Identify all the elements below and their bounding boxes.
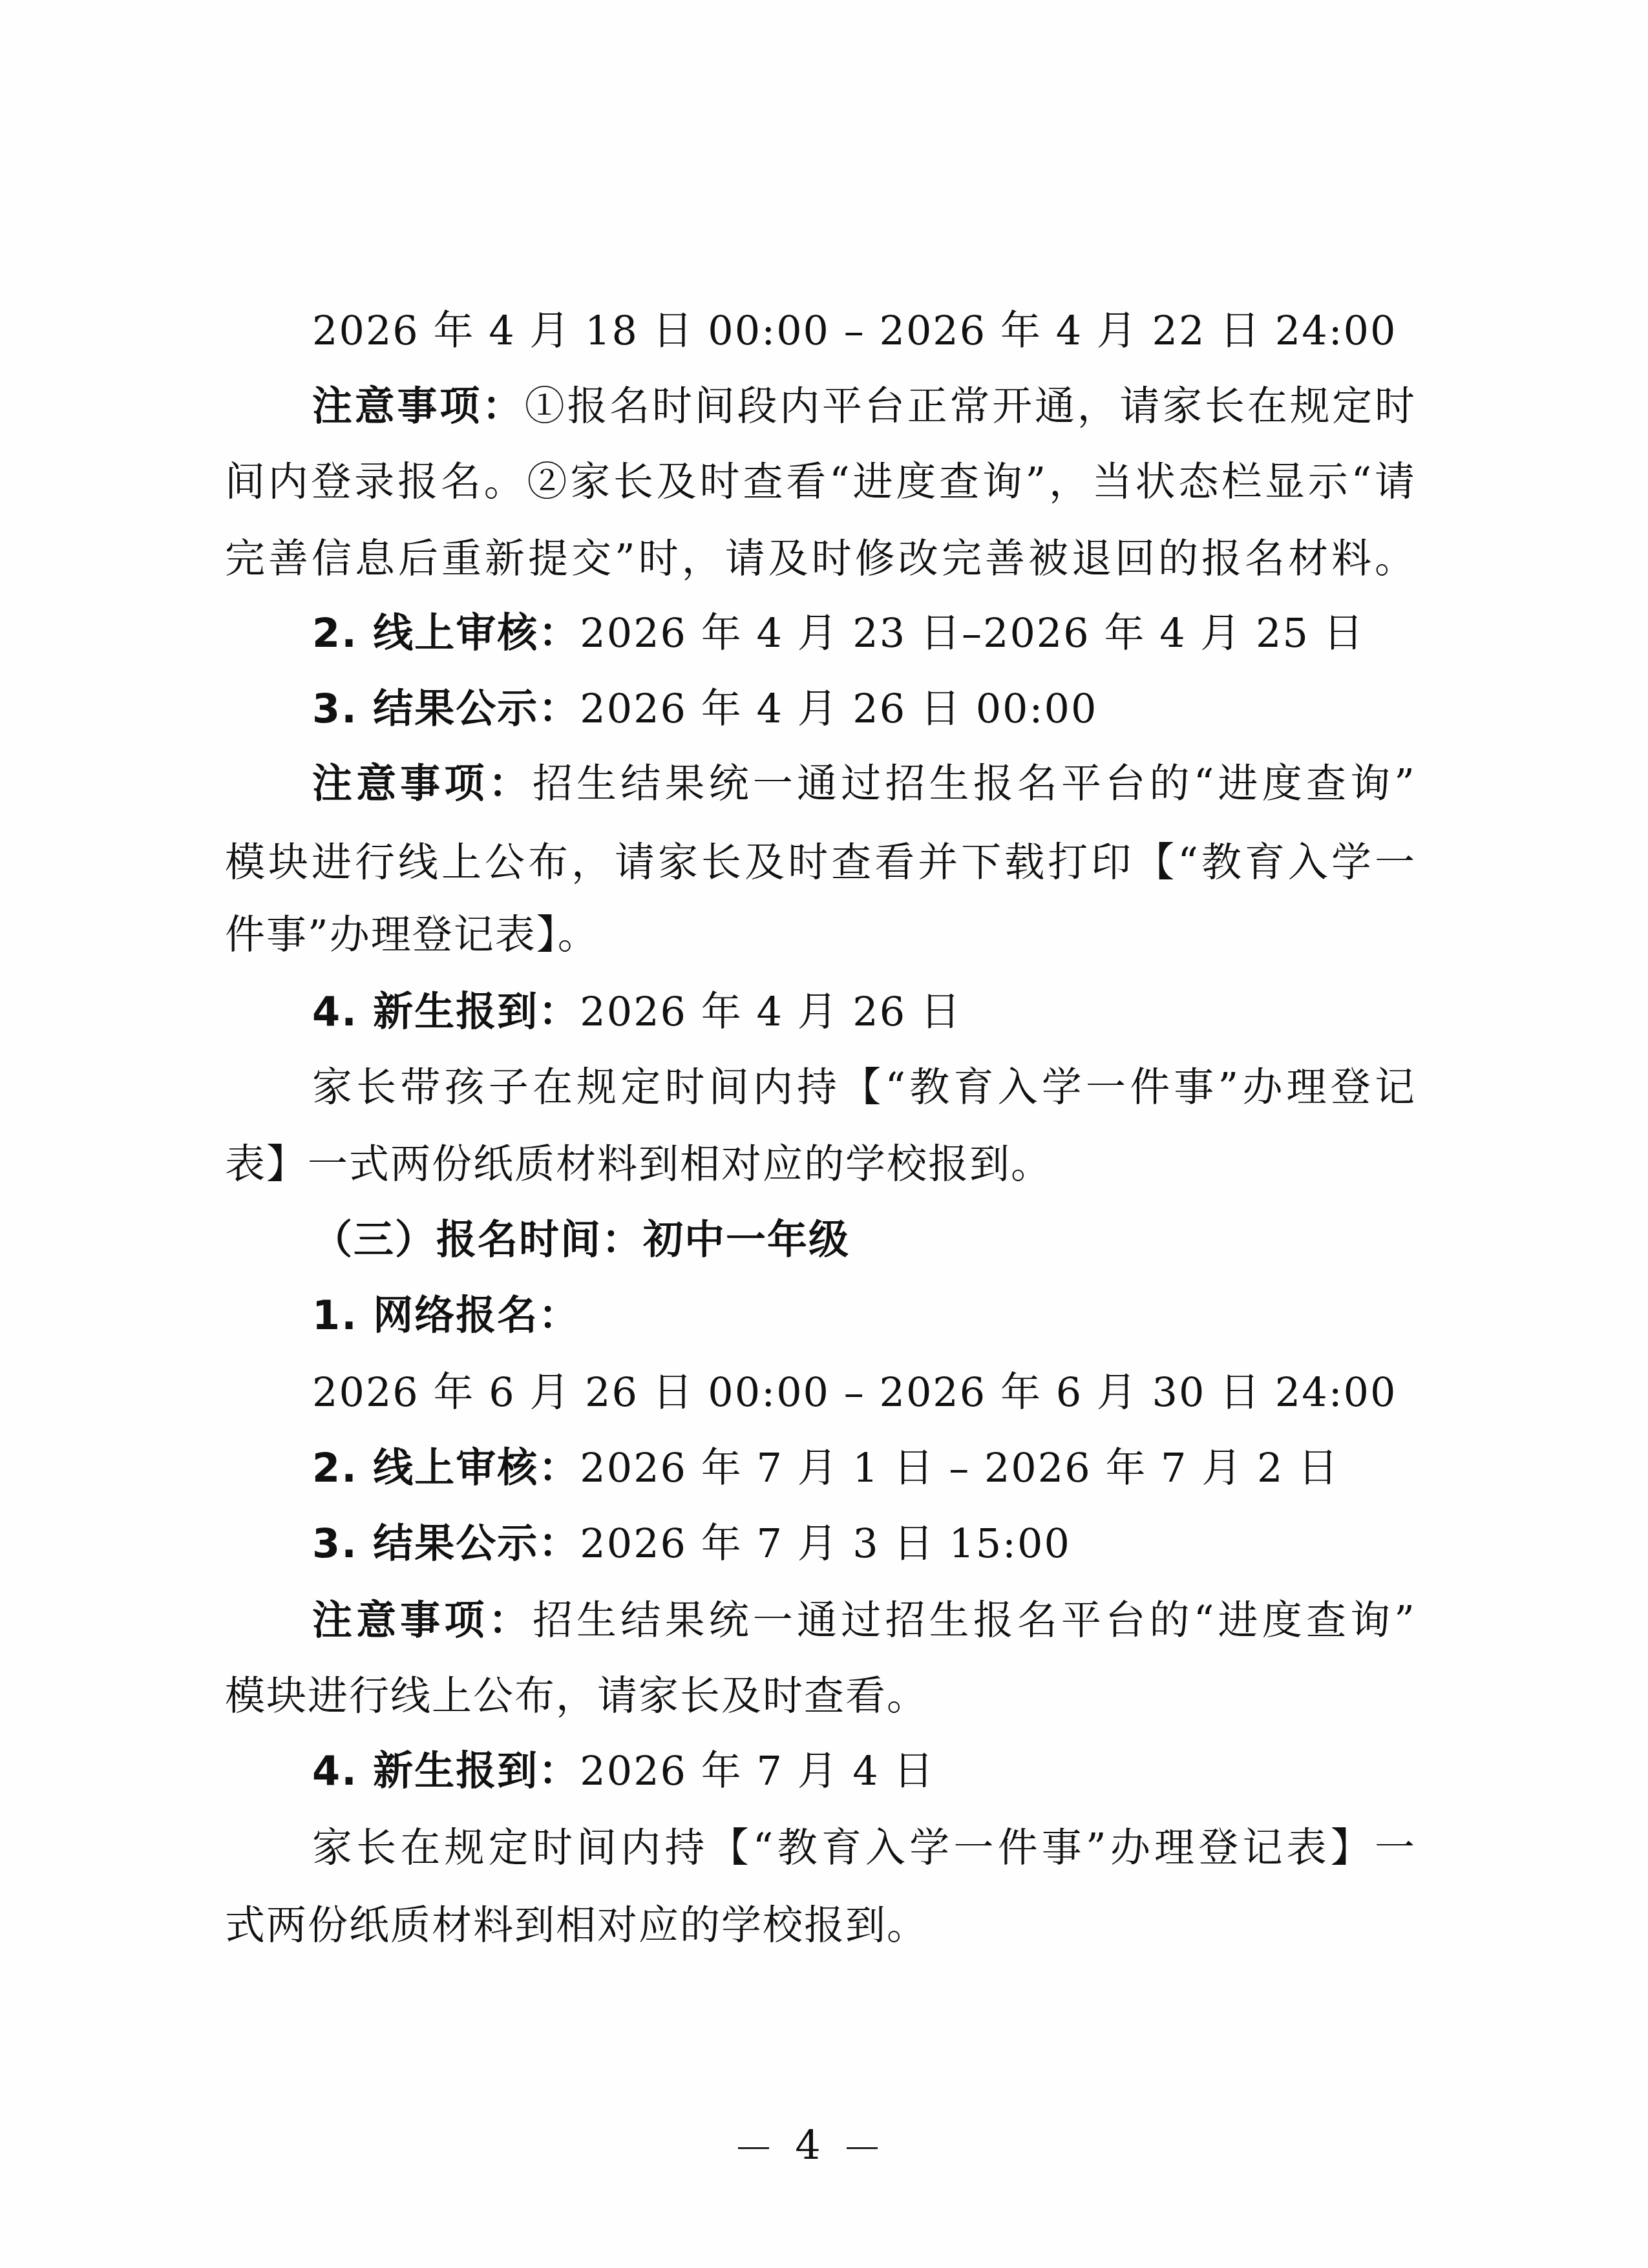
line-text: 2026 年 7 月 4 日 <box>580 1747 935 1794</box>
line-text: 2026 年 7 月 3 日 15:00 <box>580 1520 1071 1567</box>
line-text: 模块进行线上公布，请家长及时查看。 <box>225 1672 928 1719</box>
line-text: 家长带孩子在规定时间内持【“教育入学一件事”办理登记 <box>312 1064 1416 1111</box>
enrollment-report-junior: 4. 新生报到：2026 年 7 月 4 日 <box>312 1739 1416 1803</box>
notice-primary-line-3: 完善信息后重新提交”时，请及时修改完善被退回的报名材料。 <box>225 527 1416 591</box>
notice-result-primary-line-2: 模块进行线上公布，请家长及时查看并下载打印【“教育入学一 <box>225 830 1416 895</box>
notice-primary-line-2: 间内登录报名。②家长及时查看“进度查询”，当状态栏显示“请 <box>225 450 1416 514</box>
line-text: 招生结果统一通过招生报名平台的“进度查询” <box>533 760 1416 807</box>
section-heading-junior-high: （三）报名时间：初中一年级 <box>312 1208 1416 1272</box>
notice-result-junior-line-1: 注意事项：招生结果统一通过招生报名平台的“进度查询” <box>312 1588 1416 1653</box>
online-review-junior: 2. 线上审核：2026 年 7 月 1 日 – 2026 年 7 月 2 日 <box>312 1436 1416 1500</box>
report-instruction-junior-line-2: 式两份纸质材料到相对应的学校报到。 <box>225 1893 1416 1958</box>
dash-left <box>738 2147 769 2149</box>
line-text: 表】一式两份纸质材料到相对应的学校报到。 <box>225 1140 1052 1188</box>
line-label: 注意事项： <box>312 760 533 807</box>
line-label: 3. 结果公示： <box>312 685 580 732</box>
enrollment-report-primary: 4. 新生报到：2026 年 4 月 26 日 <box>312 980 1416 1044</box>
line-text: 间内登录报名。②家长及时查看“进度查询”，当状态栏显示“请 <box>225 458 1416 505</box>
line-label: 注意事项： <box>312 1597 533 1644</box>
line-text: 2026 年 6 月 26 日 00:00 – 2026 年 6 月 30 日 … <box>312 1369 1397 1416</box>
page-number: 4 <box>711 2113 905 2178</box>
line-text: 家长在规定时间内持【“教育入学一件事”办理登记表】一 <box>312 1824 1416 1871</box>
line-label: 2. 线上审核： <box>312 1444 580 1491</box>
line-text: 2026 年 7 月 1 日 – 2026 年 7 月 2 日 <box>580 1444 1339 1491</box>
notice-primary-line-1: 注意事项：①报名时间段内平台正常开通，请家长在规定时 <box>312 374 1416 439</box>
line-label: 4. 新生报到： <box>312 988 580 1035</box>
line-text: 2026 年 4 月 26 日 00:00 <box>580 685 1097 732</box>
line-text: 完善信息后重新提交”时，请及时修改完善被退回的报名材料。 <box>225 535 1416 582</box>
line-text: 2026 年 4 月 18 日 00:00 – 2026 年 4 月 22 日 … <box>312 307 1397 354</box>
line-label: 注意事项： <box>312 383 525 430</box>
online-review-primary: 2. 线上审核：2026 年 4 月 23 日–2026 年 4 月 25 日 <box>312 601 1416 666</box>
line-label: 4. 新生报到： <box>312 1747 580 1794</box>
notice-result-primary-line-1: 注意事项：招生结果统一通过招生报名平台的“进度查询” <box>312 751 1416 816</box>
reg-time-primary: 2026 年 4 月 18 日 00:00 – 2026 年 4 月 22 日 … <box>312 299 1416 363</box>
report-instruction-junior-line-1: 家长在规定时间内持【“教育入学一件事”办理登记表】一 <box>312 1816 1416 1880</box>
online-registration-heading: 1. 网络报名： <box>312 1283 1416 1348</box>
report-instruction-primary-line-1: 家长带孩子在规定时间内持【“教育入学一件事”办理登记 <box>312 1055 1416 1120</box>
line-label: 3. 结果公示： <box>312 1520 580 1567</box>
line-text: 2026 年 4 月 23 日–2026 年 4 月 25 日 <box>580 609 1364 656</box>
result-publish-primary: 3. 结果公示：2026 年 4 月 26 日 00:00 <box>312 677 1416 741</box>
reg-time-junior: 2026 年 6 月 26 日 00:00 – 2026 年 6 月 30 日 … <box>312 1360 1416 1425</box>
line-label: 1. 网络报名： <box>312 1292 580 1339</box>
line-text: 2026 年 4 月 26 日 <box>580 988 962 1035</box>
line-text: 模块进行线上公布，请家长及时查看并下载打印【“教育入学一 <box>225 839 1416 886</box>
report-instruction-primary-line-2: 表】一式两份纸质材料到相对应的学校报到。 <box>225 1132 1416 1197</box>
line-label: 2. 线上审核： <box>312 609 580 656</box>
section-heading: （三）报名时间：初中一年级 <box>312 1216 850 1263</box>
line-text: 件事”办理登记表】。 <box>225 911 599 958</box>
document-page: 2026 年 4 月 18 日 00:00 – 2026 年 4 月 22 日 … <box>0 0 1648 2268</box>
line-text: ①报名时间段内平台正常开通，请家长在规定时 <box>525 383 1416 430</box>
notice-result-primary-line-3: 件事”办理登记表】。 <box>225 903 1416 967</box>
notice-result-junior-line-2: 模块进行线上公布，请家长及时查看。 <box>225 1664 1416 1728</box>
result-publish-junior: 3. 结果公示：2026 年 7 月 3 日 15:00 <box>312 1511 1416 1576</box>
line-text: 招生结果统一通过招生报名平台的“进度查询” <box>533 1597 1416 1644</box>
dash-right <box>847 2147 878 2149</box>
line-text: 式两份纸质材料到相对应的学校报到。 <box>225 1902 928 1949</box>
page-number-value: 4 <box>795 2121 820 2168</box>
